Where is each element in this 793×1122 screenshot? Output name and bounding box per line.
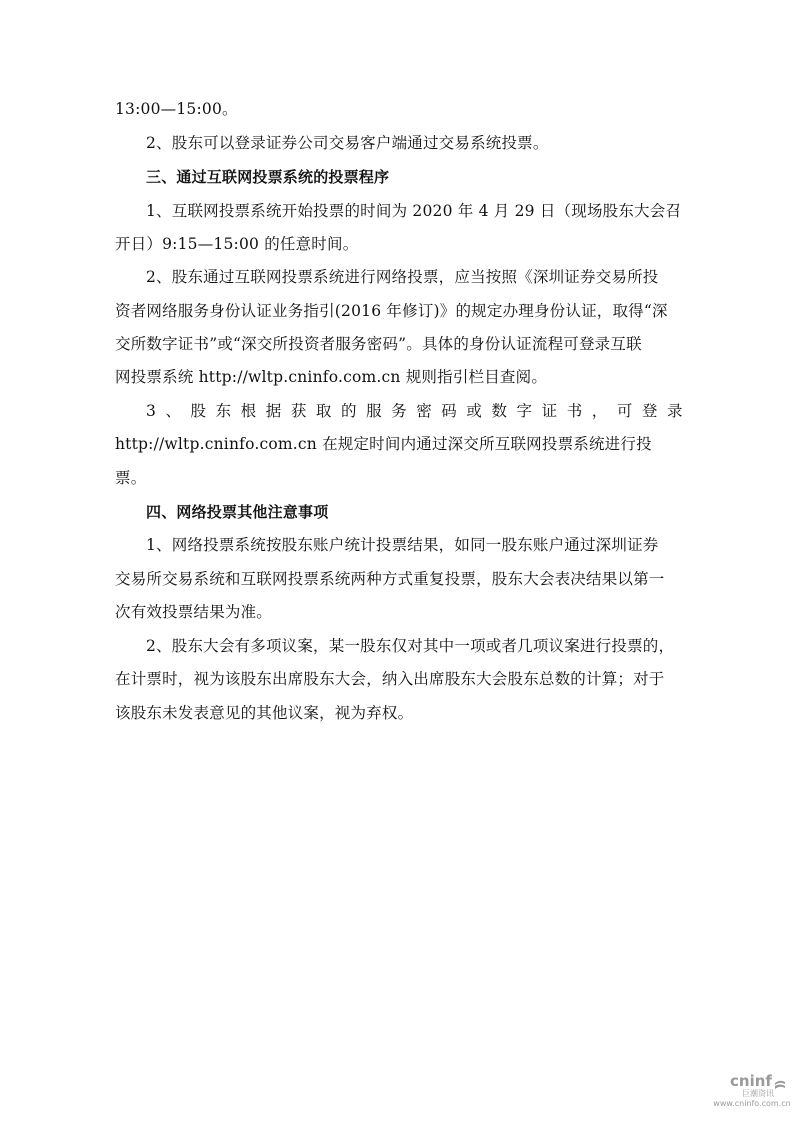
char: 股: [191, 401, 207, 421]
text-line: 该股东未发表意见的其他议案，视为弃权。: [115, 703, 413, 723]
char: 或: [466, 401, 482, 421]
text-line: 1、互联网投票系统开始投票的时间为 2020 年 4 月 29 日（现场股东大会…: [146, 201, 681, 221]
char: 密: [416, 401, 432, 421]
char: 根: [241, 401, 257, 421]
cninfo-watermark: cninf 巨潮资讯 www.cninfo.com.cn: [722, 1074, 793, 1109]
char: 证: [542, 401, 558, 421]
char: 取: [316, 401, 332, 421]
text-line: 交易所交易系统和互联网投票系统两种方式重复投票，股东大会表决结果以第一: [115, 569, 665, 589]
document-page: 13:00—15:00。 2、股东可以登录证券公司交易客户端通过交易系统投票。 …: [0, 0, 793, 1122]
char: 登: [642, 401, 658, 421]
swirl-logo-icon: [774, 1076, 786, 1088]
char: 务: [391, 401, 407, 421]
logo-url: www.cninfo.com.cn: [710, 1099, 793, 1109]
text-line: http://wltp.cninfo.com.cn 在规定时间内通过深交所互联网…: [115, 434, 652, 454]
logo-chinese-name: 巨潮资讯: [722, 1089, 793, 1099]
char: 字: [517, 401, 533, 421]
char: 数: [491, 401, 507, 421]
text-line: 2、股东可以登录证券公司交易客户端通过交易系统投票。: [146, 133, 549, 153]
text-line: 开日）9:15—15:00 的任意时间。: [115, 234, 358, 254]
text-line: 1、网络投票系统按股东账户统计投票结果，如同一股东账户通过深圳证券: [146, 535, 658, 555]
text-line: 交所数字证书”或“深交所投资者服务密码”。具体的身份认证流程可登录互联: [115, 334, 642, 354]
text-line: 2、股东大会有多项议案，某一股东仅对其中一项或者几项议案进行投票的，: [146, 636, 674, 656]
char: 服: [366, 401, 382, 421]
text-line: 2、股东通过互联网投票系统进行网络投票，应当按照《深圳证券交易所投: [146, 267, 658, 287]
char: 获: [291, 401, 307, 421]
char: 码: [441, 401, 457, 421]
text-line: 网投票系统 http://wltp.cninfo.com.cn 规则指引栏目查阅…: [115, 367, 547, 387]
char: 东: [216, 401, 232, 421]
char: 可: [617, 401, 633, 421]
justified-text-line: 3 、 股 东 根 据 获 取 的 服 务 密 码 或 数 字 证 书 ， 可 …: [146, 401, 683, 421]
section-heading-4: 四、网络投票其他注意事项: [146, 502, 328, 522]
text-line: 在计票时，视为该股东出席股东大会，纳入出席股东大会股东总数的计算；对于: [115, 669, 665, 689]
text-line: 资者网络服务身份认证业务指引(2016 年修订)》的规定办理身份认证，取得“深: [115, 301, 668, 321]
text-line: 次有效投票结果为准。: [115, 602, 272, 622]
char: 书: [567, 401, 583, 421]
text-line: 票。: [115, 468, 146, 488]
cninfo-logo: cninf: [722, 1074, 793, 1089]
char: 的: [341, 401, 357, 421]
section-heading-3: 三、通过互联网投票系统的投票程序: [146, 167, 389, 187]
text-line: 13:00—15:00。: [115, 99, 238, 119]
char: 据: [266, 401, 282, 421]
logo-brand-text: cninf: [730, 1074, 772, 1089]
char: 3: [146, 401, 156, 421]
char: 录: [667, 401, 683, 421]
char: ，: [592, 401, 608, 421]
char: 、: [165, 401, 181, 421]
